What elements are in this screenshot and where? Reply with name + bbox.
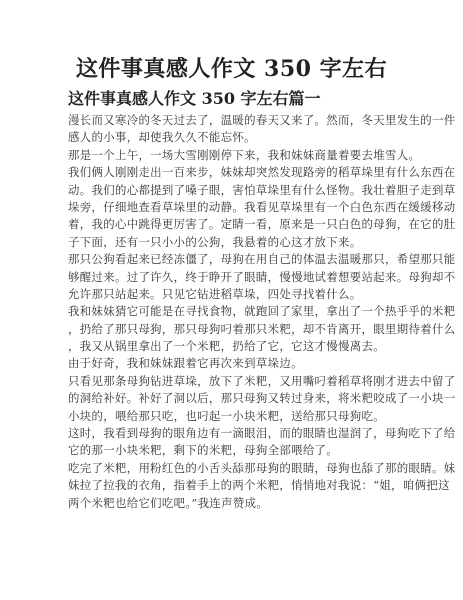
body-line: ，我又从锅里拿出了一个米粑，扔给了它，它这才慢慢离去。 [68, 338, 398, 355]
body-line: 我们俩人刚刚走出一百来步，妹妹却突然发现路旁的稻草垛里有什么东西在 [68, 164, 398, 181]
document-page: 这件事真感人作文 350 字左右 这件事真感人作文 350 字左右篇一 漫长而又… [0, 0, 463, 600]
body-line: 它的那一小块米粑，剩下的米粑，母狗全部喂给了。 [68, 442, 398, 459]
essay-body: 漫长而又寒冷的冬天过去了，温暖的春天又来了。然而，冬天里发生的一件 感人的小事，… [68, 112, 398, 512]
body-line: 够醒过来。过了许久，终于睁开了眼睛，慢慢地试着想要站起来。母狗却不 [68, 269, 398, 286]
body-line: 动。我们的心都提到了嗓子眼，害怕草垛里有什么怪物。我壮着胆子走到草 [68, 182, 398, 199]
body-line: 子下面，还有一只小小的公狗，我悬着的心这才放下来。 [68, 234, 398, 251]
body-line: 漫长而又寒冷的冬天过去了，温暖的春天又来了。然而，冬天里发生的一件 [68, 112, 398, 129]
body-line: 感人的小事，却使我久久不能忘怀。 [68, 129, 398, 146]
body-line: 小块的，喂给那只吃，也叼起一小块米粑，送给那只母狗吃。 [68, 408, 398, 425]
body-line: 的洞给补好。补好了洞以后，那只母狗又转过身来，将米粑咬成了一小块一 [68, 390, 398, 407]
body-line: ，扔给了那只母狗，那只母狗叼着那只米粑，却不肯离开，眼里期待着什么 [68, 321, 398, 338]
body-line: 只看见那条母狗钻进草垛，放下了米粑，又用嘴叼着稻草将刚才进去中留了 [68, 373, 398, 390]
body-line: 那是一个上午，一场大雪刚刚停下来，我和妹妹商量着要去堆雪人。 [68, 147, 398, 164]
document-title: 这件事真感人作文 350 字左右 [0, 55, 463, 83]
body-line: 妹拉了拉我的衣角，指着手上的两个米粑，悄悄地对我说：“姐，咱俩把这 [68, 477, 398, 494]
section-heading: 这件事真感人作文 350 字左右篇一 [68, 89, 321, 109]
body-line: 那只公狗看起来已经冻僵了，母狗在用自己的体温去温暖那只，希望那只能 [68, 251, 398, 268]
body-line: 这时，我看到母狗的眼角边有一滴眼泪，而的眼睛也湿润了，母狗吃下了给 [68, 425, 398, 442]
body-line: 我和妹妹猜它可能是在寻找食物，就跑回了家里，拿出了一个热乎乎的米粑 [68, 303, 398, 320]
body-line: 垛旁，仔细地查看草垛里的动静。我看见草垛里有一个白色东西在缓缓移动 [68, 199, 398, 216]
body-line: 两个米粑也给它们吃吧。”我连声赞成。 [68, 495, 398, 512]
body-line: 着，我的心中跳得更厉害了。定睛一看，原来是一只白色的母狗，在它的肚 [68, 216, 398, 233]
body-line: 允许那只站起来。只见它钻进稻草垛，四处寻找着什么。 [68, 286, 398, 303]
body-line: 由于好奇，我和妹妹跟着它再次来到草垛边。 [68, 355, 398, 372]
body-line: 吃完了米粑，用粉红色的小舌头舔那母狗的眼睛，母狗也舔了那的眼睛。妹 [68, 460, 398, 477]
